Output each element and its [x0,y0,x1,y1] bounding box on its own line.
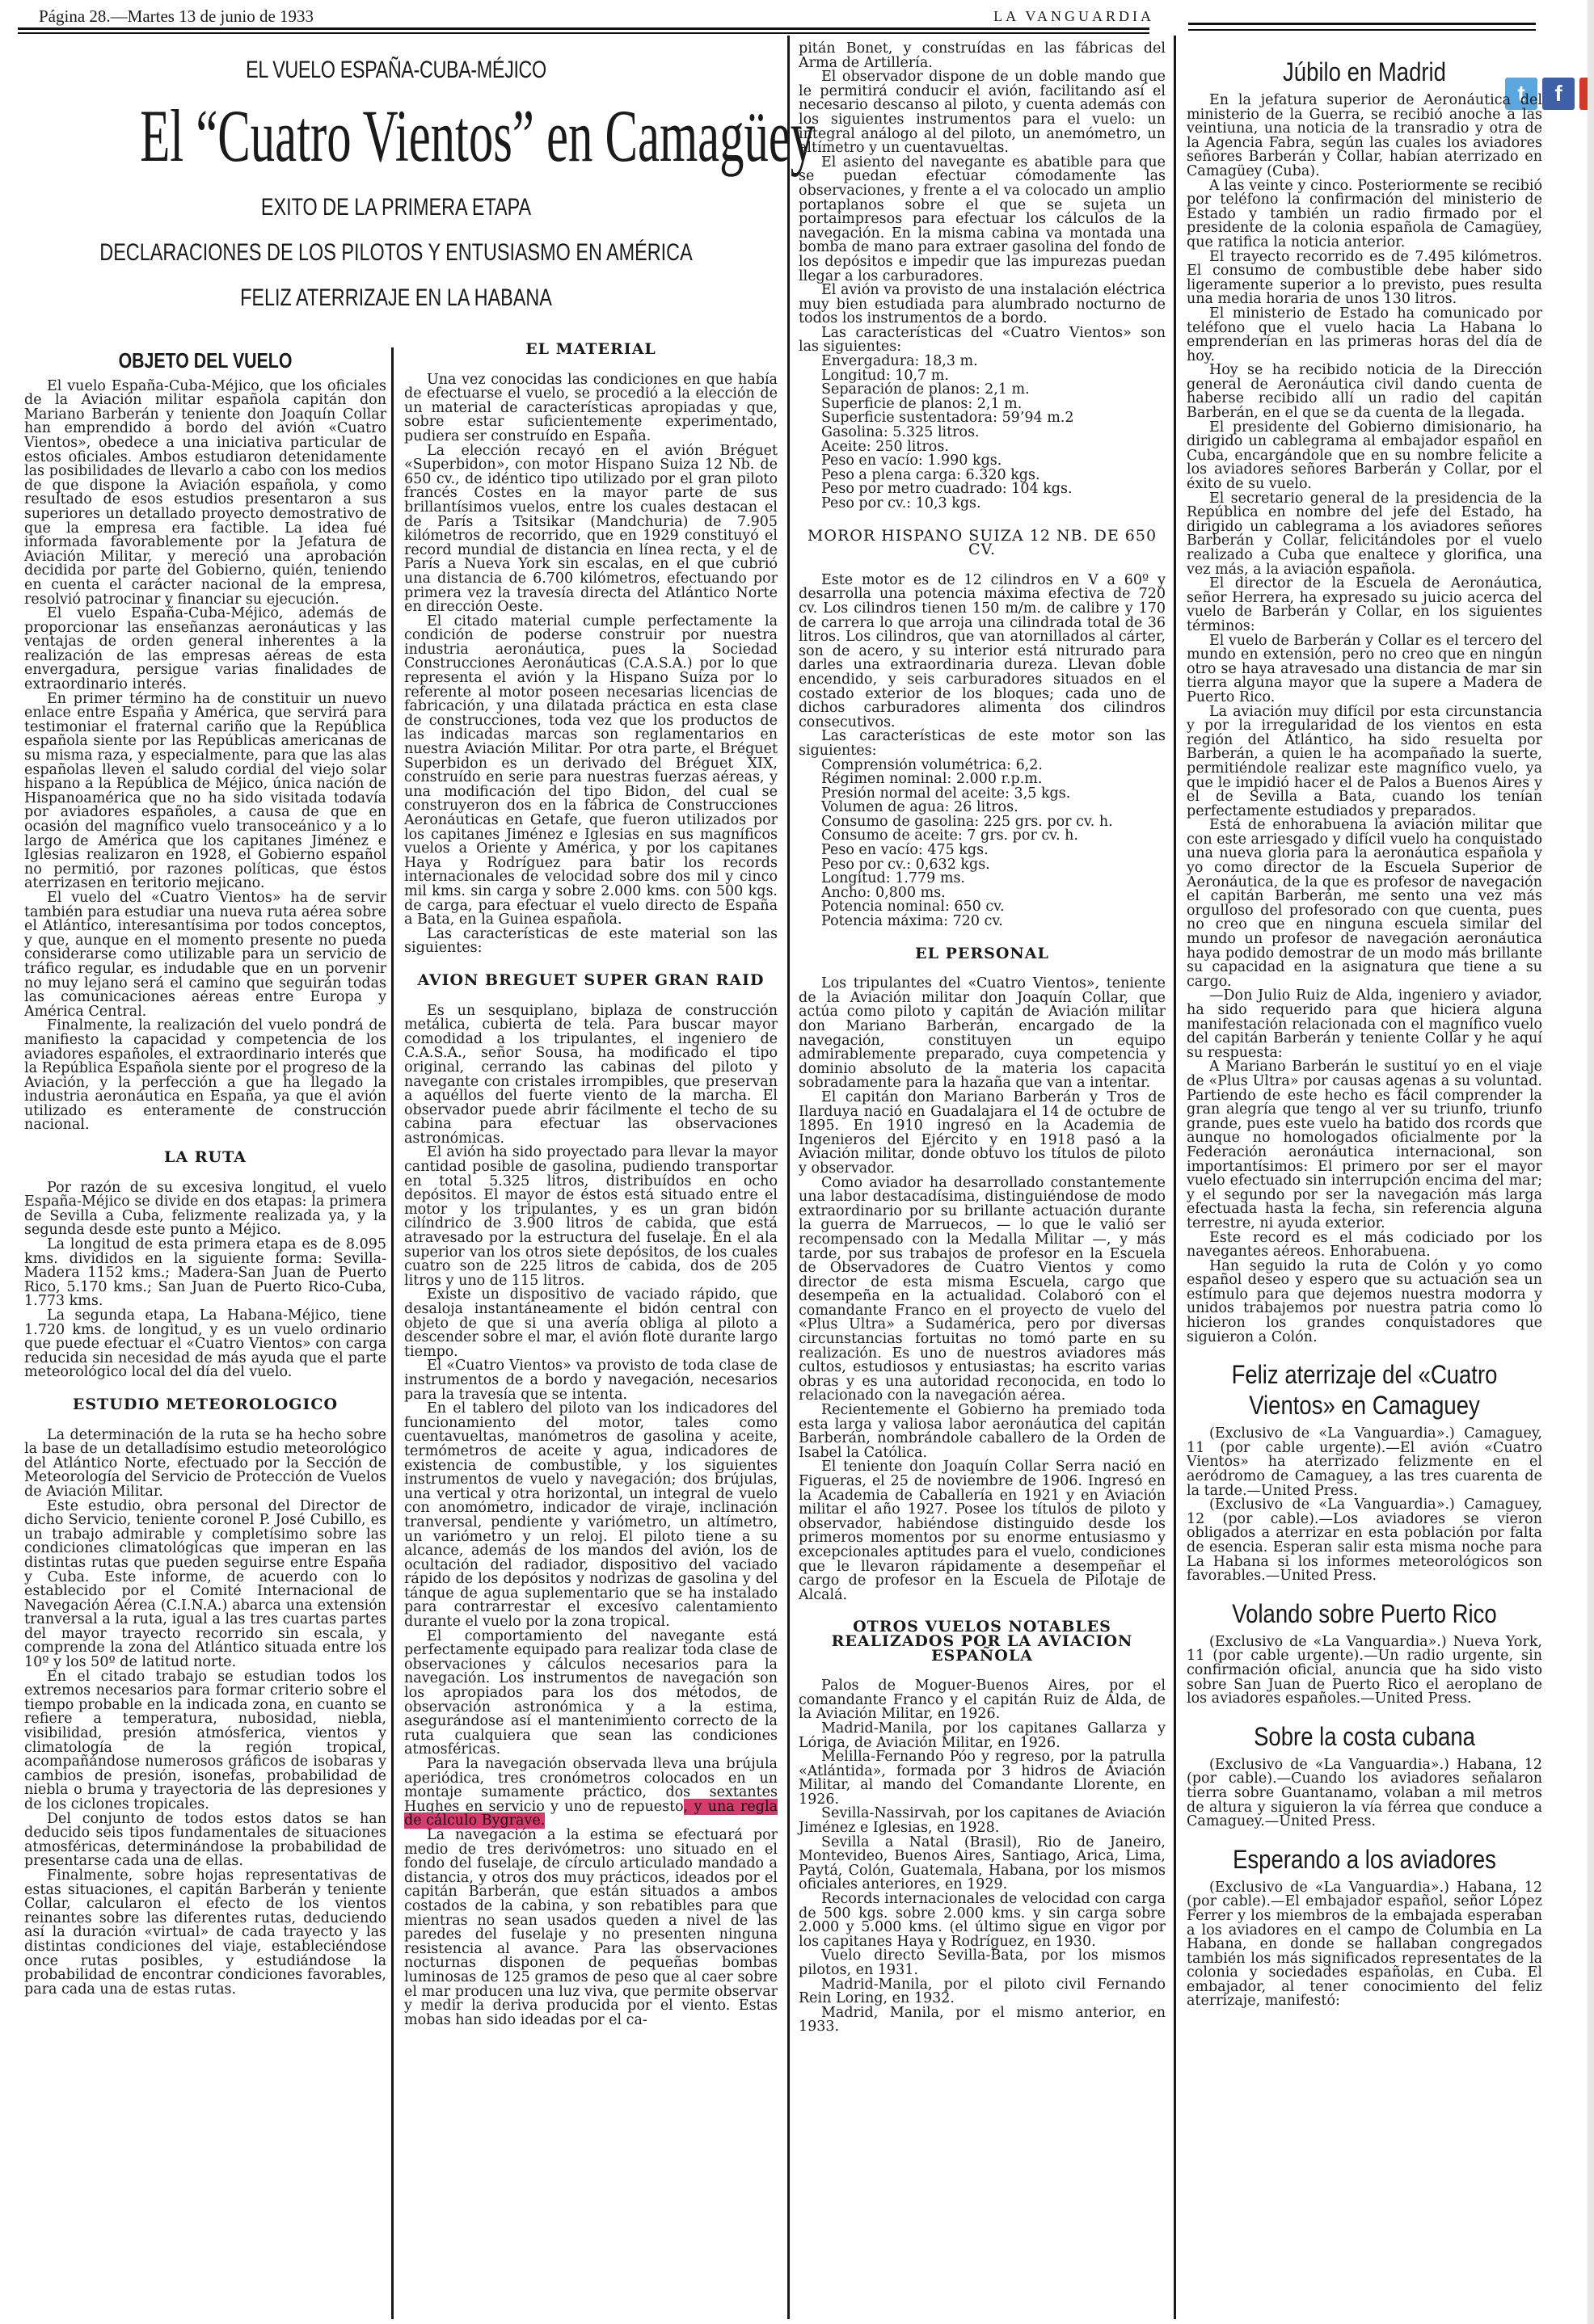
divider-rule [1188,29,1536,31]
paragraph: El observador dispone de un doble mando … [799,70,1166,156]
paragraph: A las veinte y cinco. Posteriormente se … [1187,179,1542,251]
paragraph: El vuelo España-Cuba-Méjico, que los ofi… [24,380,386,608]
paragraph: La determinación de la ruta se ha hecho … [24,1429,386,1500]
paragraph: En primer término ha de constituir un nu… [24,693,386,891]
paragraph: (Exclusivo de «La Vanguardia».) Camaguey… [1187,1427,1542,1498]
paragraph: El «Cuatro Vientos» va provisto de toda … [404,1359,778,1402]
paragraph: Una vez conocidas las condiciones en que… [404,373,778,444]
paragraph: Recientemente el Gobierno ha premiado to… [799,1404,1166,1460]
paragraph: El citado material cumple perfectamente … [404,615,778,928]
paragraph: El presidente del Gobierno dimisionario,… [1187,421,1542,492]
paragraph: (Exclusivo de «La Vanguardia».) Habana, … [1187,1758,1542,1829]
section-heading-feliz: Feliz aterrizaje del «Cuatro Vientos» en… [1212,1359,1517,1421]
subheadline: EXITO DE LA PRIMERA ETAPA [94,194,699,221]
section-heading-puerto-rico: Volando sobre Puerto Rico [1212,1598,1517,1629]
paragraph: Para la navegación observada lleva una b… [404,1758,778,1829]
facebook-icon: f [1554,81,1562,107]
section-heading-personal: EL PERSONAL [799,947,1166,962]
paragraph: El comportamiento del navegante está per… [404,1630,778,1758]
list-item: Palos de Moguer-Buenos Aires, por el com… [799,1679,1166,1722]
list-item: Records internacionales de velocidad con… [799,1892,1166,1949]
section-heading-material: EL MATERIAL [404,343,778,357]
paragraph: En el tablero del piloto van los indicad… [404,1402,778,1630]
divider-rule [18,27,1149,30]
section-heading-objeto: OBJETO DEL VUELO [57,354,353,368]
section-heading-breguet: AVION BREGUET SUPER GRAN RAID [404,974,778,988]
paragraph: Las características del «Cuatro Vientos»… [799,326,1166,355]
divider-rule [18,32,1149,34]
column-2: EL MATERIAL Una vez conocidas las condic… [404,339,778,2027]
paragraph: Este motor es de 12 cilindros en V a 60º… [799,574,1166,730]
spec-item: Potencia máxima: 720 cv. [799,915,1166,929]
paragraph: El teniente don Joaquín Collar Serra nac… [799,1460,1166,1602]
section-heading-otros: OTROS VUELOS NOTABLES REALIZADOS POR LA … [799,1620,1166,1663]
headline-block: EL VUELO ESPAÑA-CUBA-MÉJICO El “Cuatro V… [8,48,784,330]
facebook-share-button[interactable]: f [1542,78,1575,110]
list-item: Sevilla a Natal (Brasil), Rio de Janeiro… [799,1836,1166,1892]
paragraph: La elección recayó en el avión Bréguet «… [404,444,778,615]
paragraph: Por razón de su excesiva longitud, el vu… [24,1181,386,1238]
paragraph: La aviación muy difícil por esta circuns… [1187,705,1542,819]
column-divider [1174,36,1176,2319]
paragraph: Hoy se ha recibido noticia de la Direcci… [1187,364,1542,420]
paragraph: Las características de este material son… [404,928,778,956]
paper-name: LA VANGUARDIA [993,8,1154,25]
subheadline: FELIZ ATERRIZAJE EN LA HABANA [94,284,699,312]
masthead: Página 28.—Martes 13 de junio de 1933 LA… [39,6,1154,26]
paragraph: (Exclusivo de «La Vanguardia».) Habana, … [1187,1881,1542,2009]
list-item: Madrid, Manila, por el mismo anterior, e… [799,2006,1166,2035]
paragraph: El director de la Escuela de Aeronáutica… [1187,577,1542,634]
paragraph: Finalmente, la realización del vuelo pon… [24,1019,386,1133]
paragraph: El avión va provisto de una instalación … [799,284,1166,326]
paragraph: Las características de este motor son la… [799,730,1166,758]
paragraph: El asiento del navegante es abatible par… [799,156,1166,284]
paragraph: El secretario general de la presidencia … [1187,492,1542,578]
list-item: Sevilla-Nassirvah, por los capitanes de … [799,1807,1166,1835]
paragraph: (Exclusivo de «La Vanguardia».) Nueva Yo… [1187,1636,1542,1707]
section-heading-motor: MOROR HISPANO SUIZA 12 NB. DE 650 CV. [799,529,1166,558]
divider-rule [1188,23,1536,25]
paragraph: Es un sesquiplano, biplaza de construcci… [404,1004,778,1147]
paragraph: Está de enhorabuena la aviación militar … [1187,819,1542,989]
paragraph: pitán Bonet, y construídas en las fábric… [799,42,1166,70]
list-item: Madrid-Manila, por el piloto civil Ferna… [799,1978,1166,2006]
column-divider [391,347,394,2319]
section-heading-esperando: Esperando a los aviadores [1212,1844,1517,1875]
paragraph: Han seguido la ruta de Colón y yo como e… [1187,1260,1542,1345]
list-item: Vuelo directo Sevilla-Bata, por los mism… [799,1949,1166,1977]
paragraph: —Don Julio Ruiz de Alda, ingeniero y avi… [1187,989,1542,1060]
subheadline: DECLARACIONES DE LOS PILOTOS Y ENTUSIASM… [94,239,699,267]
scrollbar[interactable] [1588,0,1594,2324]
paragraph: La segunda etapa, La Habana-Méjico, tien… [24,1309,386,1380]
column-3: pitán Bonet, y construídas en las fábric… [799,42,1166,2035]
spec-item: Gasolina: 5.325 litros. [799,426,1166,440]
paragraph: El vuelo España-Cuba-Méjico, además de p… [24,607,386,693]
date-line: Página 28.—Martes 13 de junio de 1933 [39,6,314,27]
list-item: Melilla-Fernando Póo y regreso, por la p… [799,1750,1166,1807]
paragraph: La navegación a la estima se efectuará p… [404,1829,778,2027]
paragraph: Del conjunto de todos estos datos se han… [24,1812,386,1869]
paragraph: En la jefatura superior de Aeronáutica d… [1187,94,1542,179]
paragraph: El ministerio de Estado ha comunicado po… [1187,307,1542,364]
column-4: Júbilo en Madrid En la jefatura superior… [1187,42,1542,2009]
paragraph: Este record es el más codiciado por los … [1187,1231,1542,1260]
section-heading-meteo: ESTUDIO METEOROLOGICO [24,1398,386,1413]
section-heading-ruta: LA RUTA [24,1151,386,1165]
paragraph: Finalmente, sobre hojas representativas … [24,1869,386,1997]
section-heading-costa: Sobre la costa cubana [1212,1721,1517,1752]
paragraph: La longitud de esta primera etapa es de … [24,1238,386,1309]
section-heading-jubilo: Júbilo en Madrid [1212,57,1517,87]
column-divider [787,36,790,2319]
paragraph: El vuelo de Barberán y Collar es el terc… [1187,634,1542,705]
headline-kicker: EL VUELO ESPAÑA-CUBA-MÉJICO [94,57,699,84]
paragraph: El avión ha sido proyectado para llevar … [404,1146,778,1288]
paragraph: Existe un dispositivo de vaciado rápido,… [404,1288,778,1359]
spec-item: Peso por cv.: 10,3 kgs. [799,497,1166,512]
paragraph: Como aviador ha desarrollado constanteme… [799,1177,1166,1404]
paragraph: Este estudio, obra personal del Director… [24,1500,386,1670]
paragraph: En el citado trabajo se estudian todos l… [24,1670,386,1812]
paragraph: (Exclusivo de «La Vanguardia».) Camaguey… [1187,1498,1542,1584]
list-item: Madrid-Manila, por los capitanes Gallarz… [799,1722,1166,1750]
paragraph: Los tripulantes del «Cuatro Vientos», te… [799,977,1166,1091]
page-title: El “Cuatro Vientos” en Camagüey [140,95,652,176]
column-1: OBJETO DEL VUELO El vuelo España-Cuba-Mé… [24,339,386,1997]
paragraph: El capitán don Mariano Barberán y Tros d… [799,1091,1166,1177]
paragraph: El trayecto recorrido es de 7.495 kilóme… [1187,251,1542,307]
plane-spec-list: Envergadura: 18,3 m. Longitud: 10,7 m. S… [799,355,1166,512]
paragraph: A Mariano Barberán le sustituí yo en el … [1187,1060,1542,1231]
paragraph: El vuelo del «Cuatro Vientos» ha de serv… [24,891,386,1019]
motor-spec-list: Comprensión volumétrica: 6,2. Régimen no… [799,759,1166,929]
